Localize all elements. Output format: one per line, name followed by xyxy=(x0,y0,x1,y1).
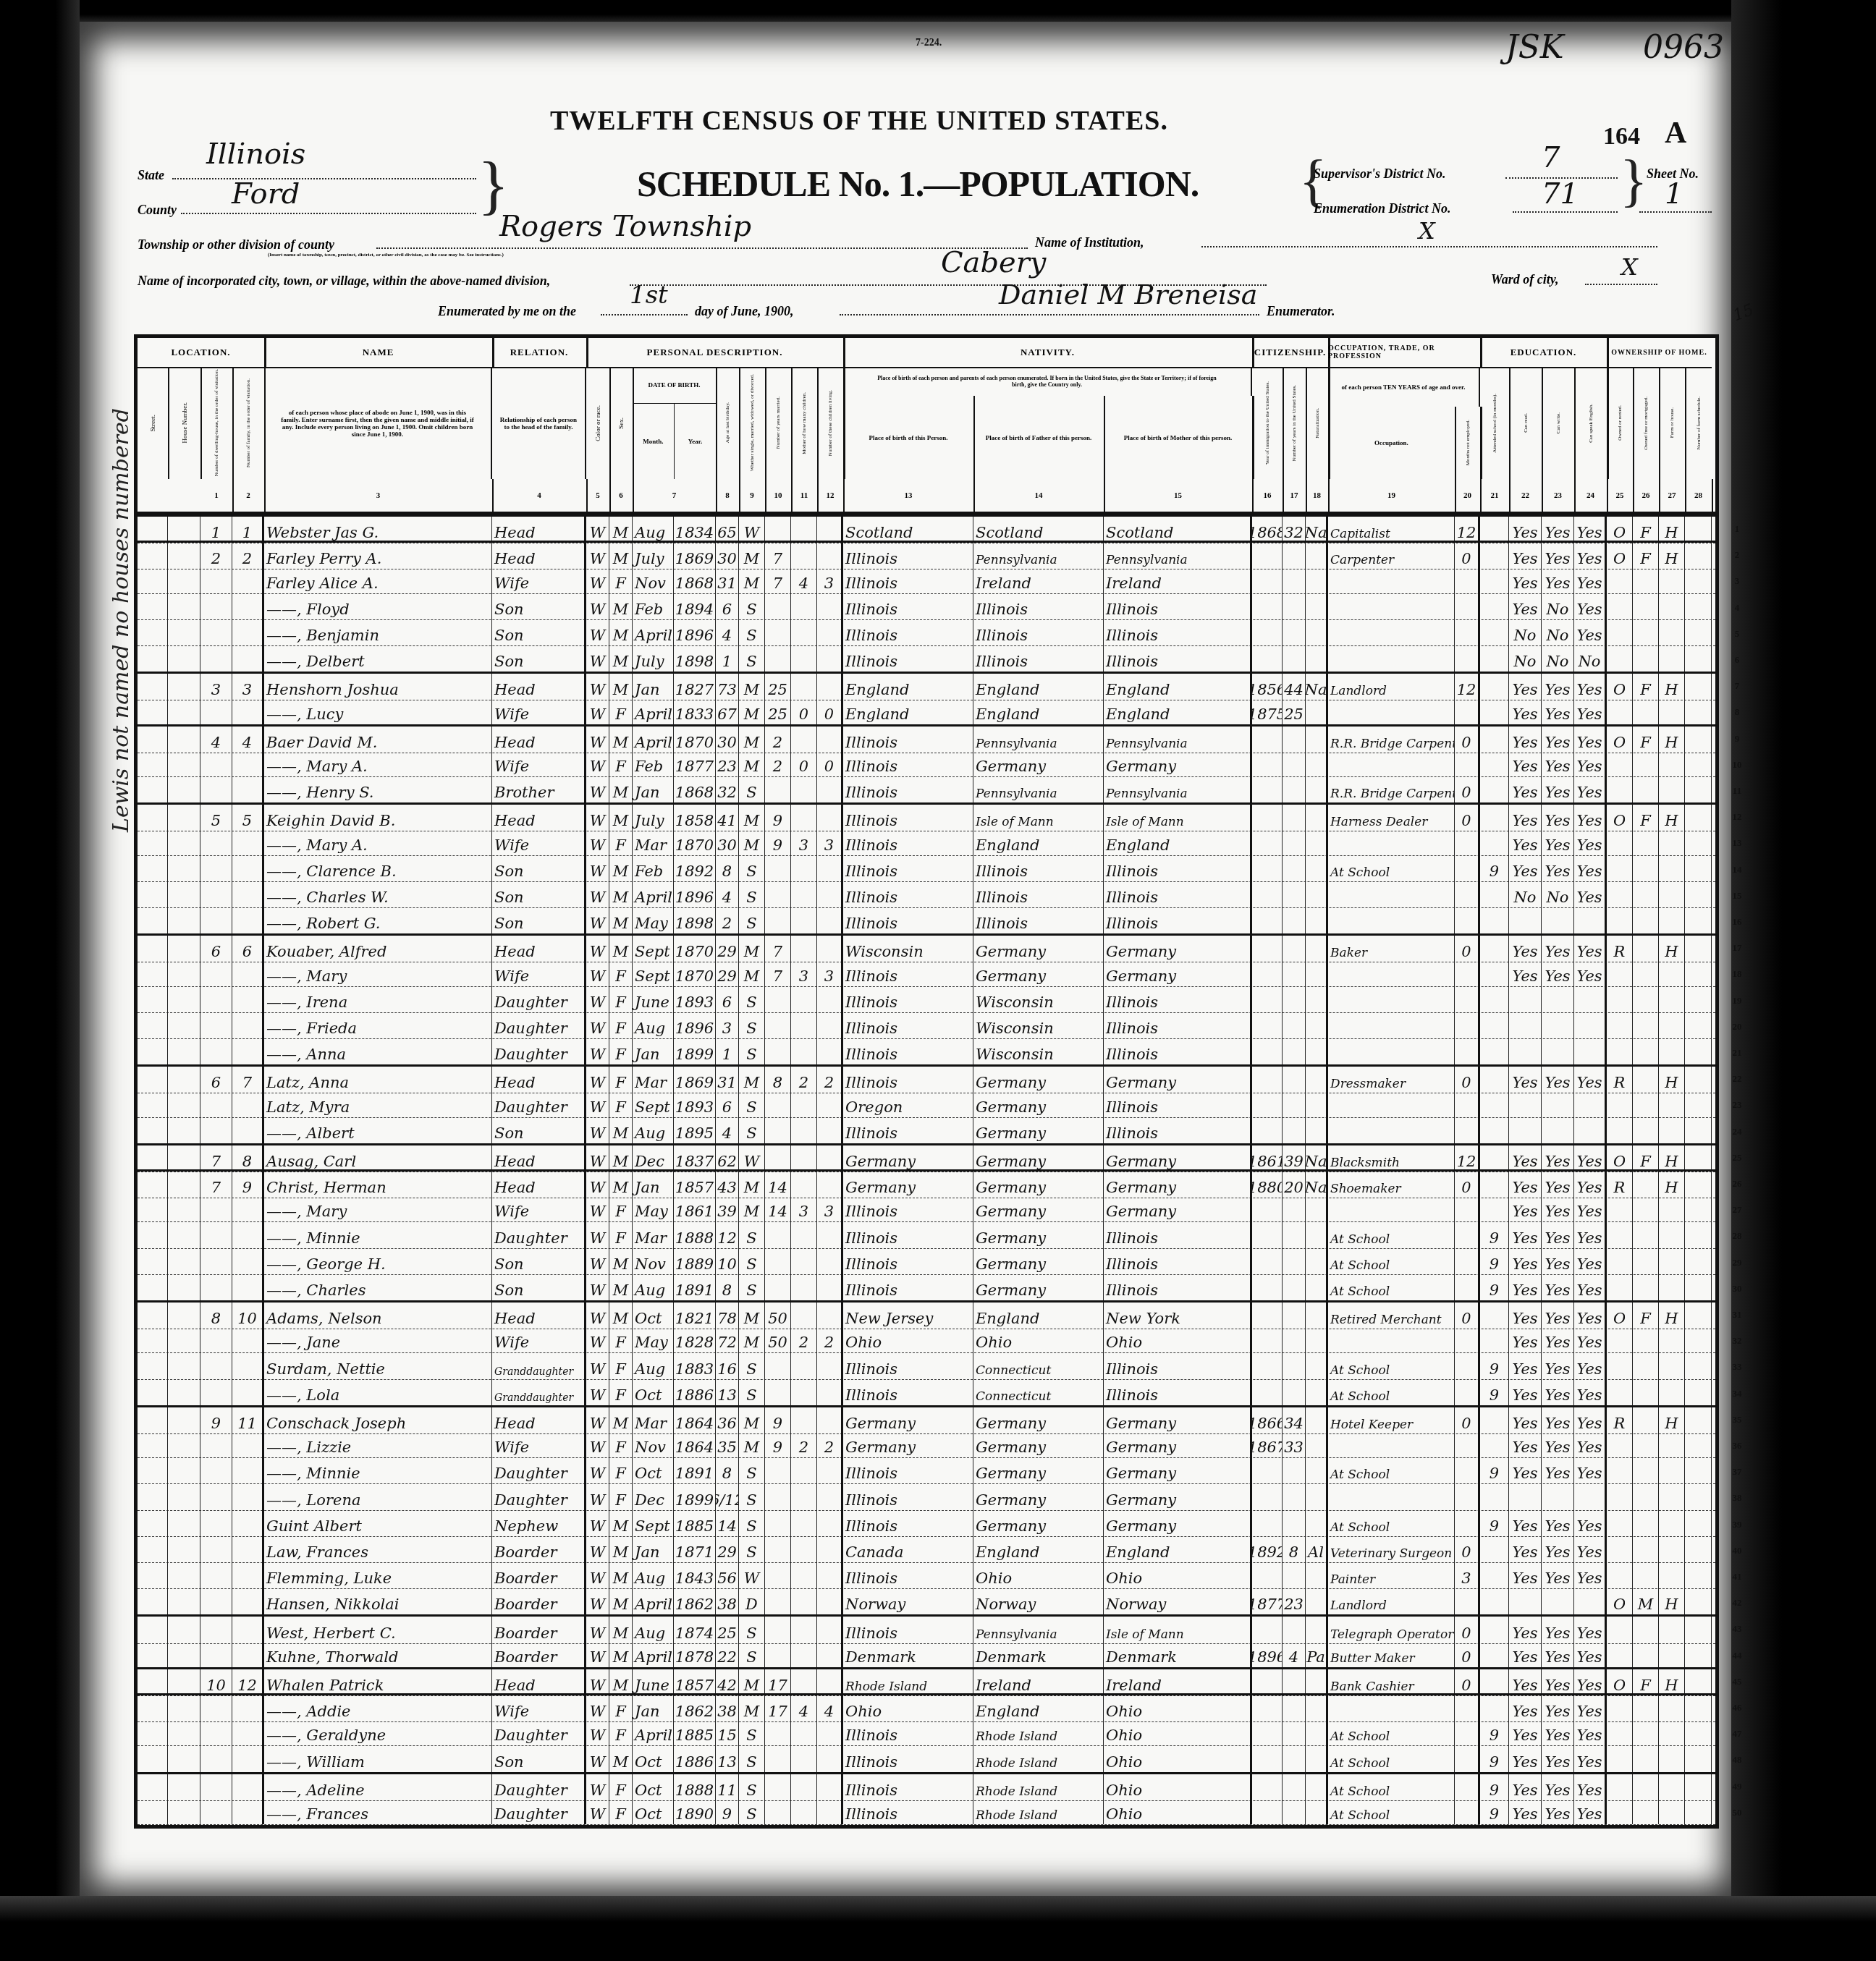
group-location: LOCATION. xyxy=(138,338,266,368)
cell-bm: Illinois xyxy=(1104,1012,1252,1038)
colh-years-us: Number of years in the United States. xyxy=(1291,385,1297,462)
cell-age: 9 xyxy=(716,1798,739,1824)
cell-occ xyxy=(1328,1483,1455,1509)
cell-empty xyxy=(168,698,200,724)
cell-empty xyxy=(138,1248,168,1274)
cell-sch xyxy=(1480,698,1509,724)
cell-mar: M xyxy=(739,674,765,700)
cell-bm: Denmark xyxy=(1104,1641,1252,1667)
cell-mc xyxy=(791,1117,817,1143)
cell-age: 13 xyxy=(716,1379,739,1405)
cell-en: Yes xyxy=(1574,750,1607,776)
cell-yus xyxy=(1283,1745,1306,1771)
cell-month: Nov xyxy=(633,567,674,593)
cell-mort xyxy=(1633,593,1659,619)
cell-month: Jan xyxy=(633,674,674,700)
cell-empty xyxy=(1685,1274,1712,1300)
cell-month: Oct xyxy=(633,1798,674,1824)
cell-imm: 1861 xyxy=(1252,1145,1283,1172)
cell-imm xyxy=(1252,776,1283,802)
column-number: 23 xyxy=(1542,479,1576,512)
cell-ym xyxy=(765,1117,791,1143)
line-number: 30 xyxy=(1723,1283,1752,1295)
cell-age: 31 xyxy=(716,1067,739,1093)
cell-rd: Yes xyxy=(1509,805,1542,831)
cell-empty xyxy=(168,543,200,569)
table-row: ——, LorenaDaughterWFDec18996/12SIllinois… xyxy=(138,1483,1715,1510)
cell-mc xyxy=(791,1719,817,1745)
cell-sex: F xyxy=(609,829,633,855)
cell-empty xyxy=(1685,1798,1712,1824)
cell-empty xyxy=(1685,750,1712,776)
line-number: 18 xyxy=(1723,968,1752,980)
cell-mar: S xyxy=(739,1012,765,1038)
cell-month: Dec xyxy=(633,1483,674,1509)
cell-mu xyxy=(1455,698,1480,724)
cell-empty xyxy=(168,1038,200,1064)
cell-mort xyxy=(1633,855,1659,881)
cell-empty xyxy=(1685,881,1712,907)
cell-mort xyxy=(1633,776,1659,802)
cell-mort: F xyxy=(1633,1669,1659,1695)
cell-empty xyxy=(168,1379,200,1405)
cell-mu: 0 xyxy=(1455,543,1480,569)
cell-month: Nov xyxy=(633,1431,674,1457)
cell-bf: England xyxy=(973,698,1104,724)
cell-age: 43 xyxy=(716,1172,739,1198)
cell-mc xyxy=(791,1669,817,1695)
cell-yus: 34 xyxy=(1283,1407,1306,1433)
cell-mort xyxy=(1633,986,1659,1012)
cell-occ xyxy=(1328,1695,1455,1721)
cell-age: 78 xyxy=(716,1303,739,1329)
cell-yus xyxy=(1283,1195,1306,1221)
line-number: 46 xyxy=(1723,1702,1752,1714)
cell-color: W xyxy=(586,1407,609,1433)
cell-sch xyxy=(1480,1303,1509,1329)
cell-fh xyxy=(1659,1038,1685,1064)
cell-empty xyxy=(138,1067,168,1093)
cell-mu xyxy=(1455,750,1480,776)
cell-nat xyxy=(1306,619,1328,645)
cell-empty xyxy=(138,1352,168,1378)
cell-mar: S xyxy=(739,1379,765,1405)
cell-fam xyxy=(232,1536,264,1562)
cell-bf: Ireland xyxy=(973,1669,1104,1695)
cell-rel: Head xyxy=(492,805,586,831)
cell-mort xyxy=(1633,1038,1659,1064)
cell-ym xyxy=(765,1352,791,1378)
cell-bm: Germany xyxy=(1104,1067,1252,1093)
cell-fh xyxy=(1659,1326,1685,1352)
cell-yus xyxy=(1283,1457,1306,1483)
cell-mu: 0 xyxy=(1455,1536,1480,1562)
cell-empty xyxy=(138,1510,168,1536)
cell-year: 1857 xyxy=(674,1669,716,1695)
cell-bf: Isle of Mann xyxy=(973,805,1104,831)
cell-sex: F xyxy=(609,698,633,724)
cell-year: 1843 xyxy=(674,1562,716,1588)
cell-wr xyxy=(1542,1090,1574,1117)
cell-fam xyxy=(232,776,264,802)
cell-rel: Wife xyxy=(492,750,586,776)
cell-bf: Illinois xyxy=(973,619,1104,645)
county-line xyxy=(181,213,476,214)
cell-age: 22 xyxy=(716,1641,739,1667)
cell-age: 38 xyxy=(716,1695,739,1721)
table-row: ——, LolaGranddaughterWFOct188613SIllinoi… xyxy=(138,1379,1715,1406)
cell-mc: 3 xyxy=(791,1195,817,1221)
cell-imm xyxy=(1252,1562,1283,1588)
cell-bf: Ohio xyxy=(973,1562,1104,1588)
cell-mar: S xyxy=(739,619,765,645)
cell-ym xyxy=(765,986,791,1012)
cell-sex: M xyxy=(609,517,633,543)
cell-name: Kouaber, Alfred xyxy=(264,936,492,962)
cell-empty xyxy=(138,1303,168,1329)
cell-rel: Wife xyxy=(492,960,586,986)
cell-dw xyxy=(200,1719,232,1745)
cell-sex: F xyxy=(609,1326,633,1352)
cell-mar: S xyxy=(739,986,765,1012)
cell-nat xyxy=(1306,1562,1328,1588)
cell-age: 4 xyxy=(716,619,739,645)
cell-color: W xyxy=(586,543,609,569)
cell-empty xyxy=(138,1457,168,1483)
cell-own: R xyxy=(1607,1067,1633,1093)
cell-rd: Yes xyxy=(1509,1352,1542,1378)
line-number: 32 xyxy=(1723,1335,1752,1347)
cell-fh: H xyxy=(1659,543,1685,569)
cell-rd: Yes xyxy=(1509,829,1542,855)
cell-imm xyxy=(1252,1326,1283,1352)
cell-yus xyxy=(1283,1774,1306,1800)
cell-color: W xyxy=(586,1562,609,1588)
cell-mc: 4 xyxy=(791,567,817,593)
cell-fh xyxy=(1659,1617,1685,1643)
cell-bp: Illinois xyxy=(843,619,973,645)
cell-occ: At School xyxy=(1328,1510,1455,1536)
cell-dw xyxy=(200,1562,232,1588)
cell-name: Farley Perry A. xyxy=(264,543,492,569)
cell-empty xyxy=(168,1617,200,1643)
cell-bp: Illinois xyxy=(843,1562,973,1588)
cell-mar: S xyxy=(739,776,765,802)
cell-mu xyxy=(1455,1352,1480,1378)
cell-bp: Illinois xyxy=(843,645,973,672)
line-number: 28 xyxy=(1723,1230,1752,1242)
cell-empty xyxy=(1685,1117,1712,1143)
cell-empty xyxy=(138,881,168,907)
cell-mar: M xyxy=(739,1195,765,1221)
cell-fam xyxy=(232,960,264,986)
cell-sch xyxy=(1480,1195,1509,1221)
cell-sch xyxy=(1480,543,1509,569)
cell-own xyxy=(1607,1352,1633,1378)
cell-mar: S xyxy=(739,1510,765,1536)
cell-name: ——, Adeline xyxy=(264,1774,492,1800)
cell-imm xyxy=(1252,960,1283,986)
cell-year: 1862 xyxy=(674,1695,716,1721)
cell-mort xyxy=(1633,907,1659,933)
cell-name: ——, Frances xyxy=(264,1798,492,1824)
cell-occ xyxy=(1328,1195,1455,1221)
cell-sch xyxy=(1480,1431,1509,1457)
line-number: 33 xyxy=(1723,1361,1752,1373)
cell-bf: Germany xyxy=(973,1407,1104,1433)
cell-mar: M xyxy=(739,936,765,962)
cell-sex: M xyxy=(609,907,633,933)
cell-year: 1888 xyxy=(674,1774,716,1800)
cell-sex: M xyxy=(609,1510,633,1536)
cell-dw xyxy=(200,645,232,672)
cell-en xyxy=(1574,907,1607,933)
cell-bm: Germany xyxy=(1104,960,1252,986)
cell-bm: Isle of Mann xyxy=(1104,805,1252,831)
cell-wr: No xyxy=(1542,881,1574,907)
cell-imm xyxy=(1252,750,1283,776)
cell-mu: 0 xyxy=(1455,1067,1480,1093)
cell-en: Yes xyxy=(1574,1352,1607,1378)
cell-mu xyxy=(1455,1483,1480,1509)
cell-nat xyxy=(1306,1303,1328,1329)
cell-fh: H xyxy=(1659,1588,1685,1614)
group-personal-description: PERSONAL DESCRIPTION. xyxy=(586,338,845,368)
cell-mu xyxy=(1455,1745,1480,1771)
cell-age: 73 xyxy=(716,674,739,700)
cell-mar: M xyxy=(739,960,765,986)
table-row: West, Herbert C.BoarderWMAug187425SIllin… xyxy=(138,1614,1715,1643)
cell-name: ——, Mary A. xyxy=(264,750,492,776)
table-row: ——, Robert G.SonWMMay18982SIllinoisIllin… xyxy=(138,907,1715,934)
cell-imm xyxy=(1252,619,1283,645)
cell-imm xyxy=(1252,1774,1283,1800)
cell-yus xyxy=(1283,593,1306,619)
cell-year: 1870 xyxy=(674,960,716,986)
cell-bf: England xyxy=(973,1303,1104,1329)
cell-imm xyxy=(1252,1038,1283,1064)
cell-bm: Illinois xyxy=(1104,1352,1252,1378)
enumerator-line xyxy=(840,314,1259,315)
cell-occ: At School xyxy=(1328,1248,1455,1274)
enumeration-district-label: Enumeration District No. xyxy=(1314,201,1451,216)
cell-rel: Wife xyxy=(492,1326,586,1352)
cell-mc xyxy=(791,1274,817,1300)
cell-ym: 7 xyxy=(765,567,791,593)
line-number: 49 xyxy=(1723,1781,1752,1792)
cell-sch: 9 xyxy=(1480,1352,1509,1378)
cell-dw: 2 xyxy=(200,543,232,569)
cell-mar: S xyxy=(739,1457,765,1483)
cell-en: Yes xyxy=(1574,960,1607,986)
cell-imm xyxy=(1252,1669,1283,1695)
cell-empty xyxy=(138,805,168,831)
cell-sch xyxy=(1480,1641,1509,1667)
cell-rel: Head xyxy=(492,1407,586,1433)
column-number: 16 xyxy=(1252,479,1284,512)
colh-write: Can write. xyxy=(1555,412,1561,433)
cell-en xyxy=(1574,1117,1607,1143)
scan-border-left xyxy=(0,0,80,1961)
cell-mort xyxy=(1633,1483,1659,1509)
cell-yus xyxy=(1283,1669,1306,1695)
cell-rel: Boarder xyxy=(492,1588,586,1614)
cell-mort xyxy=(1633,1798,1659,1824)
enumerator-label: Enumerator. xyxy=(1267,304,1335,319)
cell-month: Aug xyxy=(633,1117,674,1143)
cell-mu: 0 xyxy=(1455,1303,1480,1329)
cell-rd: Yes xyxy=(1509,855,1542,881)
cell-month: Jan xyxy=(633,1172,674,1198)
cell-cl xyxy=(817,1221,843,1248)
cell-empty xyxy=(138,776,168,802)
group-nativity: NATIVITY. xyxy=(843,338,1254,368)
cell-sex: F xyxy=(609,750,633,776)
cell-dw xyxy=(200,855,232,881)
cell-rel: Son xyxy=(492,855,586,881)
column-number: 22 xyxy=(1509,479,1543,512)
line-number: 6 xyxy=(1723,654,1752,666)
cell-fh xyxy=(1659,1641,1685,1667)
cell-ym xyxy=(765,776,791,802)
cell-bf: Pennsylvania xyxy=(973,543,1104,569)
cell-cl xyxy=(817,855,843,881)
cell-own: O xyxy=(1607,674,1633,700)
cell-empty xyxy=(138,1431,168,1457)
table-row: 78Ausag, CarlHeadWMDec183762WGermanyGerm… xyxy=(138,1143,1715,1172)
cell-bp: Illinois xyxy=(843,1038,973,1064)
line-number: 36 xyxy=(1723,1440,1752,1452)
cell-name: ——, Geraldyne xyxy=(264,1719,492,1745)
cell-mort xyxy=(1633,1774,1659,1800)
cell-en: Yes xyxy=(1574,1457,1607,1483)
cell-bf: Germany xyxy=(973,960,1104,986)
table-row: Kuhne, ThorwaldBoarderWMApril187822SDenm… xyxy=(138,1641,1715,1668)
cell-ym: 7 xyxy=(765,936,791,962)
cell-bf: Germany xyxy=(973,1067,1104,1093)
cell-en: Yes xyxy=(1574,567,1607,593)
cell-own xyxy=(1607,619,1633,645)
cell-age: 16 xyxy=(716,1352,739,1378)
cell-rel: Daughter xyxy=(492,986,586,1012)
cell-name: ——, Anna xyxy=(264,1038,492,1064)
cell-yus xyxy=(1283,1483,1306,1509)
cell-name: ——, Mary A. xyxy=(264,829,492,855)
cell-empty xyxy=(168,727,200,753)
cell-cl xyxy=(817,1407,843,1433)
table-row: ——, Mary A.WifeWFMar187030M933IllinoisEn… xyxy=(138,829,1715,855)
cell-sch: 9 xyxy=(1480,855,1509,881)
cell-rel: Head xyxy=(492,674,586,700)
table-row: Farley Alice A.WifeWFNov186831M743Illino… xyxy=(138,567,1715,593)
cell-ym xyxy=(765,1248,791,1274)
cell-empty xyxy=(168,567,200,593)
cell-dw xyxy=(200,1431,232,1457)
cell-fam xyxy=(232,829,264,855)
cell-age: 6 xyxy=(716,593,739,619)
cell-bp: Ohio xyxy=(843,1695,973,1721)
cell-empty xyxy=(1685,1745,1712,1771)
column-number: 19 xyxy=(1328,479,1456,512)
cell-color: W xyxy=(586,1012,609,1038)
cell-en: Yes xyxy=(1574,1431,1607,1457)
cell-mort xyxy=(1633,1117,1659,1143)
group-relation: RELATION. xyxy=(492,338,588,368)
cell-cl xyxy=(817,776,843,802)
cell-name: Baer David M. xyxy=(264,727,492,753)
cell-name: ——, Henry S. xyxy=(264,776,492,802)
cell-yus: 33 xyxy=(1283,1431,1306,1457)
line-number: 50 xyxy=(1723,1807,1752,1818)
cell-fam xyxy=(232,1352,264,1378)
margin-note: Lewis not named no houses numbered xyxy=(109,408,134,832)
cell-ym xyxy=(765,645,791,672)
cell-bp: Illinois xyxy=(843,881,973,907)
cell-color: W xyxy=(586,907,609,933)
cell-mu xyxy=(1455,1012,1480,1038)
cell-nat: Al xyxy=(1306,1536,1328,1562)
colh-birth: DATE OF BIRTH. xyxy=(633,367,716,404)
cell-mc xyxy=(791,674,817,700)
cell-dw xyxy=(200,1641,232,1667)
cell-sex: M xyxy=(609,593,633,619)
cell-wr: Yes xyxy=(1542,1431,1574,1457)
cell-month: Oct xyxy=(633,1303,674,1329)
cell-own xyxy=(1607,1562,1633,1588)
cell-imm xyxy=(1252,1117,1283,1143)
cell-ym: 7 xyxy=(765,960,791,986)
cell-sex: M xyxy=(609,674,633,700)
cell-own xyxy=(1607,1745,1633,1771)
cell-empty xyxy=(1685,907,1712,933)
cell-wr: Yes xyxy=(1542,1510,1574,1536)
cell-sex: M xyxy=(609,1617,633,1643)
cell-yus xyxy=(1283,1695,1306,1721)
cell-ym: 2 xyxy=(765,750,791,776)
cell-name: ——, Mary xyxy=(264,1195,492,1221)
cell-empty xyxy=(138,593,168,619)
cell-bm: England xyxy=(1104,698,1252,724)
cell-color: W xyxy=(586,1457,609,1483)
cell-ym xyxy=(765,1617,791,1643)
cell-rel: Head xyxy=(492,517,586,543)
cell-ym xyxy=(765,1090,791,1117)
cell-mc xyxy=(791,1588,817,1614)
cell-nat xyxy=(1306,907,1328,933)
cell-name: ——, Clarence B. xyxy=(264,855,492,881)
cell-imm xyxy=(1252,567,1283,593)
cell-fh xyxy=(1659,829,1685,855)
cell-wr: Yes xyxy=(1542,674,1574,700)
cell-bf: Pennsylvania xyxy=(973,727,1104,753)
cell-bp: Rhode Island xyxy=(843,1669,973,1695)
cell-sex: M xyxy=(609,1669,633,1695)
cell-mar: S xyxy=(739,1745,765,1771)
cell-age: 29 xyxy=(716,1536,739,1562)
cell-bp: Illinois xyxy=(843,1774,973,1800)
cell-mu: 3 xyxy=(1455,1562,1480,1588)
cell-yus xyxy=(1283,1274,1306,1300)
cell-bm: Illinois xyxy=(1104,1379,1252,1405)
cell-nat: Na xyxy=(1306,517,1328,543)
cell-ym xyxy=(765,1145,791,1172)
cell-month: Mar xyxy=(633,1221,674,1248)
cell-ym xyxy=(765,1012,791,1038)
cell-imm xyxy=(1252,1090,1283,1117)
cell-bf: Illinois xyxy=(973,907,1104,933)
cell-wr: Yes xyxy=(1542,1195,1574,1221)
cell-month: April xyxy=(633,619,674,645)
